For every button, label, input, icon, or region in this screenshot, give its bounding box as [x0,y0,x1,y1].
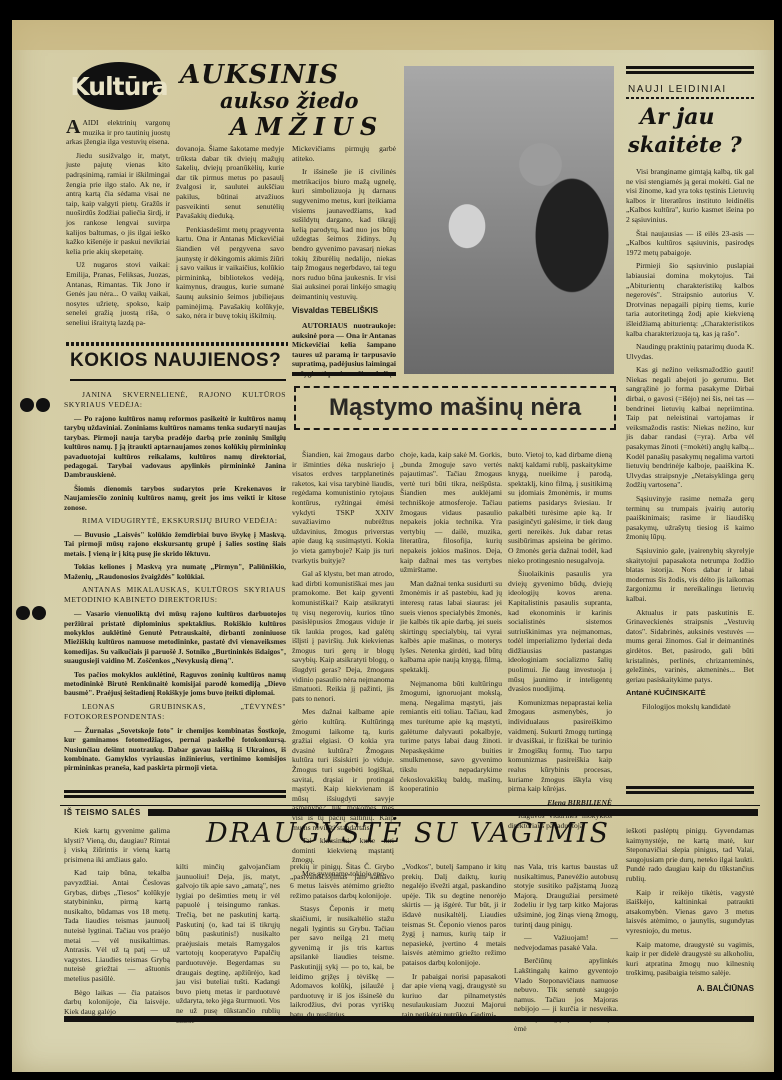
paragraph: Stasys Čeponis ir metų skaičiumi, ir nus… [290,904,394,1019]
speaker-name: RIMA VIDUGIRYTĖ, EKSKURSIJŲ BIURO VEDĖJA… [64,516,286,526]
paragraph: Naudingų praktinių patarimų duoda K. Ulv… [626,342,754,361]
paragraph: nas Vala, tris kartus baustas už nusikal… [514,862,618,929]
paragraph: AIDI elektrinių vargonų muzika ir pro ta… [66,118,170,146]
paragraph: Ir pabaigai norisi papasakoti dar apie v… [402,972,506,1020]
paragraph: Visi branginame gimtąją kalbą, tik gal n… [626,167,754,225]
section-rule [64,790,286,800]
speaker-name: LEONAS GRUBINSKAS, „TĖVYNĖS" FOTOKORESPO… [64,702,286,722]
draugyste-col5: nas Vala, tris kartus baustas už nusikal… [514,862,618,1037]
paragraph: Tos pačios mokyklos auklėtinė, Raguvos z… [64,670,286,698]
paragraph: Pirmieji šio sąsiuvinio puslapiai labiau… [626,261,754,338]
byline: Visvaldas TEBELIŠKIS [292,306,396,316]
couple-photo [404,66,614,374]
paragraph: Tokias keliones į Maskvą yra numatę „Pir… [64,562,286,581]
caption-lead: AUTORIAUS nuotraukoje: [302,321,396,330]
paragraph: prekių ir pinigų. Šitas Č. Grybo „pasiva… [290,862,394,900]
leidiniai-headline-l1: Ar jau [640,104,715,130]
paragraph: Šiomis dienomis tarybos sudarytos prie K… [64,484,286,512]
logo-text: Kultūra [70,72,167,101]
paragraph: Jiedu susižvalgo ir, matyt, juste pajutę… [66,151,170,257]
paragraph: Už nugaros stovi vaikai: Emilija, Pranas… [66,260,170,327]
paragraph: — Po rajono kultūros namų reformos pasik… [64,414,286,480]
wavy-divider [66,342,288,346]
paragraph: Štai naujausias — iš eilės 23-asis — „Ka… [626,229,754,258]
divider [292,372,396,376]
paragraph: ieškoti paslėptų pinigų. Gyvendamas kaim… [626,826,754,884]
section-label: IŠ TEISMO SALĖS [64,808,141,817]
mastymo-col2: choje, kada, kaip sakė M. Gorkis, „bunda… [400,450,502,798]
paragraph: Sąsiuvinyje rasime nemaža gerų terminų s… [626,494,754,542]
byline-title: Filologijos mokslų kandidatė [626,702,754,712]
leidiniai-body: Visi branginame gimtąją kalbą, tik gal n… [626,167,754,715]
draugyste-col6: ieškoti paslėptų pinigų. Gyvendamas kaim… [626,826,754,998]
paragraph: Šiuolaikinis pasaulis yra dviejų gyvenim… [508,569,612,694]
paragraph: Sąsiuvinio gale, įvairenybių skyrelyje s… [626,546,754,604]
section-rule [626,786,754,796]
photo-caption: auksinė pora — Ona ir Antanas Mickevičia… [292,331,396,378]
binding-hole [36,398,50,412]
section-label: NAUJI LEIDINIAI [628,84,727,95]
paragraph: „Vodkos", butelį šampano ir kitų prekių.… [402,862,506,968]
headline-line3: AMŽIUS [230,112,384,141]
paragraph: Kad taip būna, tekalba pavyzdžiai. Antai… [64,868,170,983]
paragraph: Aktualus ir pats paskutinis E. Grinaveck… [626,608,754,685]
paragraph: Ir išsineše jie iš civilinės metrikacijo… [292,167,396,301]
binding-hole [16,606,30,620]
speaker-name: JANINA SKVERNELIENĖ, RAJONO KULTŪROS SKY… [64,390,286,410]
divider [60,805,760,806]
draugyste-headline: DRAUGYSTĖ SU VAGIMIS [206,818,610,849]
paragraph: Mickevičiams pirmųjų garbė atiteko. [292,144,396,163]
paragraph: Bėgo laikas — čia pataisos darbų kolonij… [64,988,170,1017]
headline-line1: AUKSINIS [180,60,339,90]
paragraph: Kaip ir reikėjo tikėtis, vagystė išaiškė… [626,888,754,936]
paragraph: Penkiasdešimt metų pragyventa kartu. Ona… [176,225,284,321]
paragraph: Komunizmas nepaprastai kelia žmogaus asm… [508,698,612,794]
paragraph: — Važiuojam! — nedvejodamas pasakė Vala. [514,933,618,952]
paragraph: Kaip matome, draugystė su vagimis, kaip … [626,940,754,978]
mastymo-headline-box: Mąstymo mašinų nėra [294,386,616,430]
section-bar [148,809,758,816]
paragraph: buto. Vietoj to, kad dirbame dieną naktį… [508,450,612,565]
headline-underline [70,379,286,381]
paragraph: Gal aš klystu, bet man atrodo, kad dirbt… [292,569,394,703]
paragraph: — Žurnalas „Sovetskoje foto" ir chemijos… [64,726,286,773]
speaker-name: ANTANAS MIKALAUSKAS, KULTŪROS SKYRIAUS M… [64,585,286,605]
binding-hole [32,606,46,620]
bottom-rule [64,1016,754,1022]
mastymo-headline: Mąstymo mašinų nėra [329,394,581,422]
auksinis-col1: AAIDI elektrinių vargonų muzika ir pro t… [66,118,170,331]
drop-cap: A [66,118,80,136]
draugyste-col1: Kiek kartų gyvenime galima klysti? Vieną… [64,826,170,1020]
paragraph: Šiandien, kai žmogaus darbo ir išminties… [292,450,394,565]
paragraph: Kiek kartų gyvenime galima klysti? Vieną… [64,826,170,864]
binding-hole [20,398,34,412]
kultura-logo: Kultūra [76,62,162,110]
leidiniai-headline-l2: skaitėte ? [628,132,742,157]
paragraph: — Vasario vienuoliktą dvi mūsų rajono ku… [64,609,286,665]
byline: A. BALČIŪNAS [626,984,754,994]
paragraph: Man dažnai tenka susidurti su žmonėmis i… [400,579,502,675]
paragraph: kilti minčių galvojančiam jaunuoliui! De… [176,862,280,1025]
paragraph: Neįmanoma būti kultūringu žmogumi, ignor… [400,679,502,794]
paragraph: choje, kada, kaip sakė M. Gorkis, „bunda… [400,450,502,575]
mastymo-col3: buto. Vietoj to, kad dirbame dieną naktį… [508,450,612,835]
auksinis-col2: dovanoja. Šiame šakotame medyje trūksta … [176,144,284,325]
wavy-divider [626,97,754,99]
headline-line2: aukso žiedo [220,88,359,113]
naujienos-body: JANINA SKVERNELIENĖ, RAJONO KULTŪROS SKY… [64,390,286,777]
paper-top-band [12,20,774,50]
naujienos-headline: KOKIOS NAUJIENOS? [70,350,281,372]
draugyste-col3: prekių ir pinigų. Šitas Č. Grybo „pasiva… [290,862,394,1024]
draugyste-col4: „Vodkos", butelį šampano ir kitų prekių.… [402,862,506,1024]
auksinis-col3: Mickevičiams pirmųjų garbė atiteko. Ir i… [292,144,396,383]
paragraph: dovanoja. Šiame šakotame medyje trūksta … [176,144,284,221]
byline: Antanė KUČINSKAITĖ [626,688,754,698]
draugyste-col2: kilti minčių galvojančiam jaunuoliui! De… [176,862,280,1029]
paragraph: — Buvusio „Laisvės" kolūkio žemdirbiai b… [64,530,286,558]
paragraph: Kas gi nežino veiksmažodžio gauti! Nieka… [626,365,754,490]
section-rule [626,66,754,76]
